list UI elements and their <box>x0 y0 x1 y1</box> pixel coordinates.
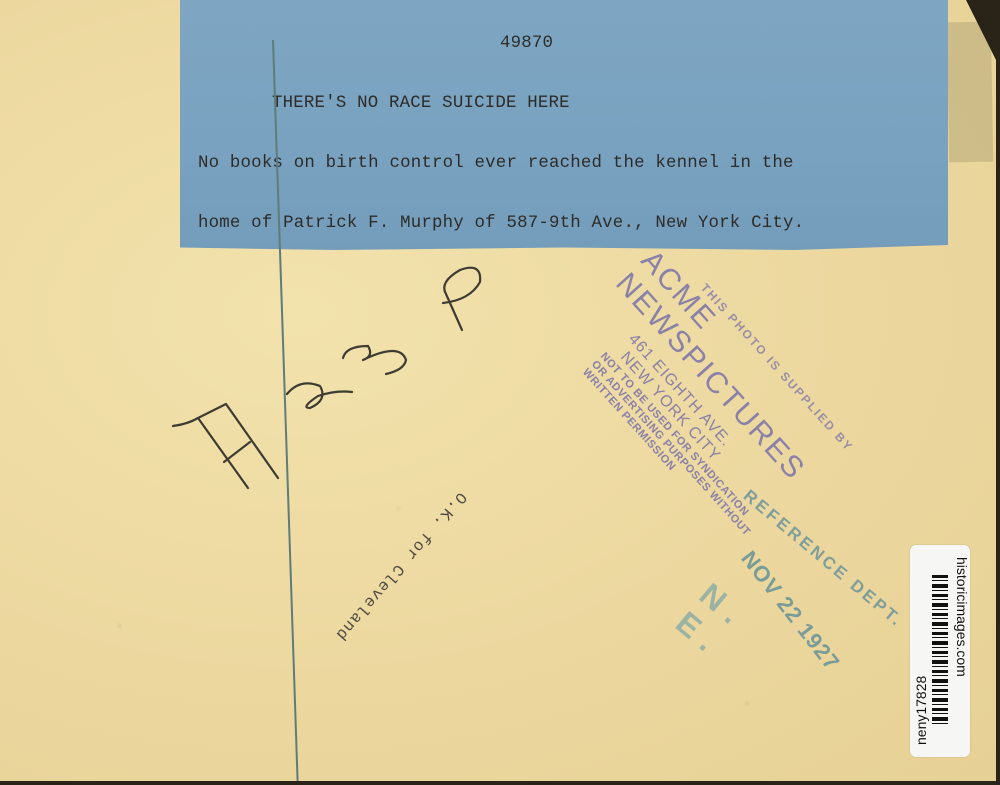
photo-back-paper: 49870 THERE'S NO RACE SUICIDE HERE No bo… <box>0 0 996 782</box>
scan-edge <box>0 781 1000 785</box>
caption-line: home of Patrick F. Murphy of 587-9th Ave… <box>198 214 938 234</box>
caption-line: igreed blue ribbon winners. <box>198 514 938 534</box>
acme-newspictures-stamp: THIS PHOTO IS SUPPLIED BY ACME NEWSPICTU… <box>551 236 869 565</box>
caption-number: 49870 <box>198 34 938 54</box>
barcode-icon <box>932 575 948 725</box>
torn-corner <box>966 0 996 60</box>
credit-line: YOUR CREDIT LINE MUST READ (ACME) <box>198 574 938 594</box>
typed-approval-note: O.K. for Cleveland <box>299 488 470 681</box>
caption-line: No books on birth control ever reached t… <box>198 154 938 174</box>
caption-title: THERE'S NO RACE SUICIDE HERE <box>198 94 938 114</box>
barcode-site-text: historicimages.com <box>954 557 970 747</box>
barcode-label: historicimages.com neny17828 <box>910 545 970 757</box>
handwritten-marks <box>160 260 500 500</box>
caption-slip: 49870 THERE'S NO RACE SUICIDE HERE No bo… <box>180 0 948 250</box>
barcode-id-text: neny17828 <box>913 625 929 745</box>
